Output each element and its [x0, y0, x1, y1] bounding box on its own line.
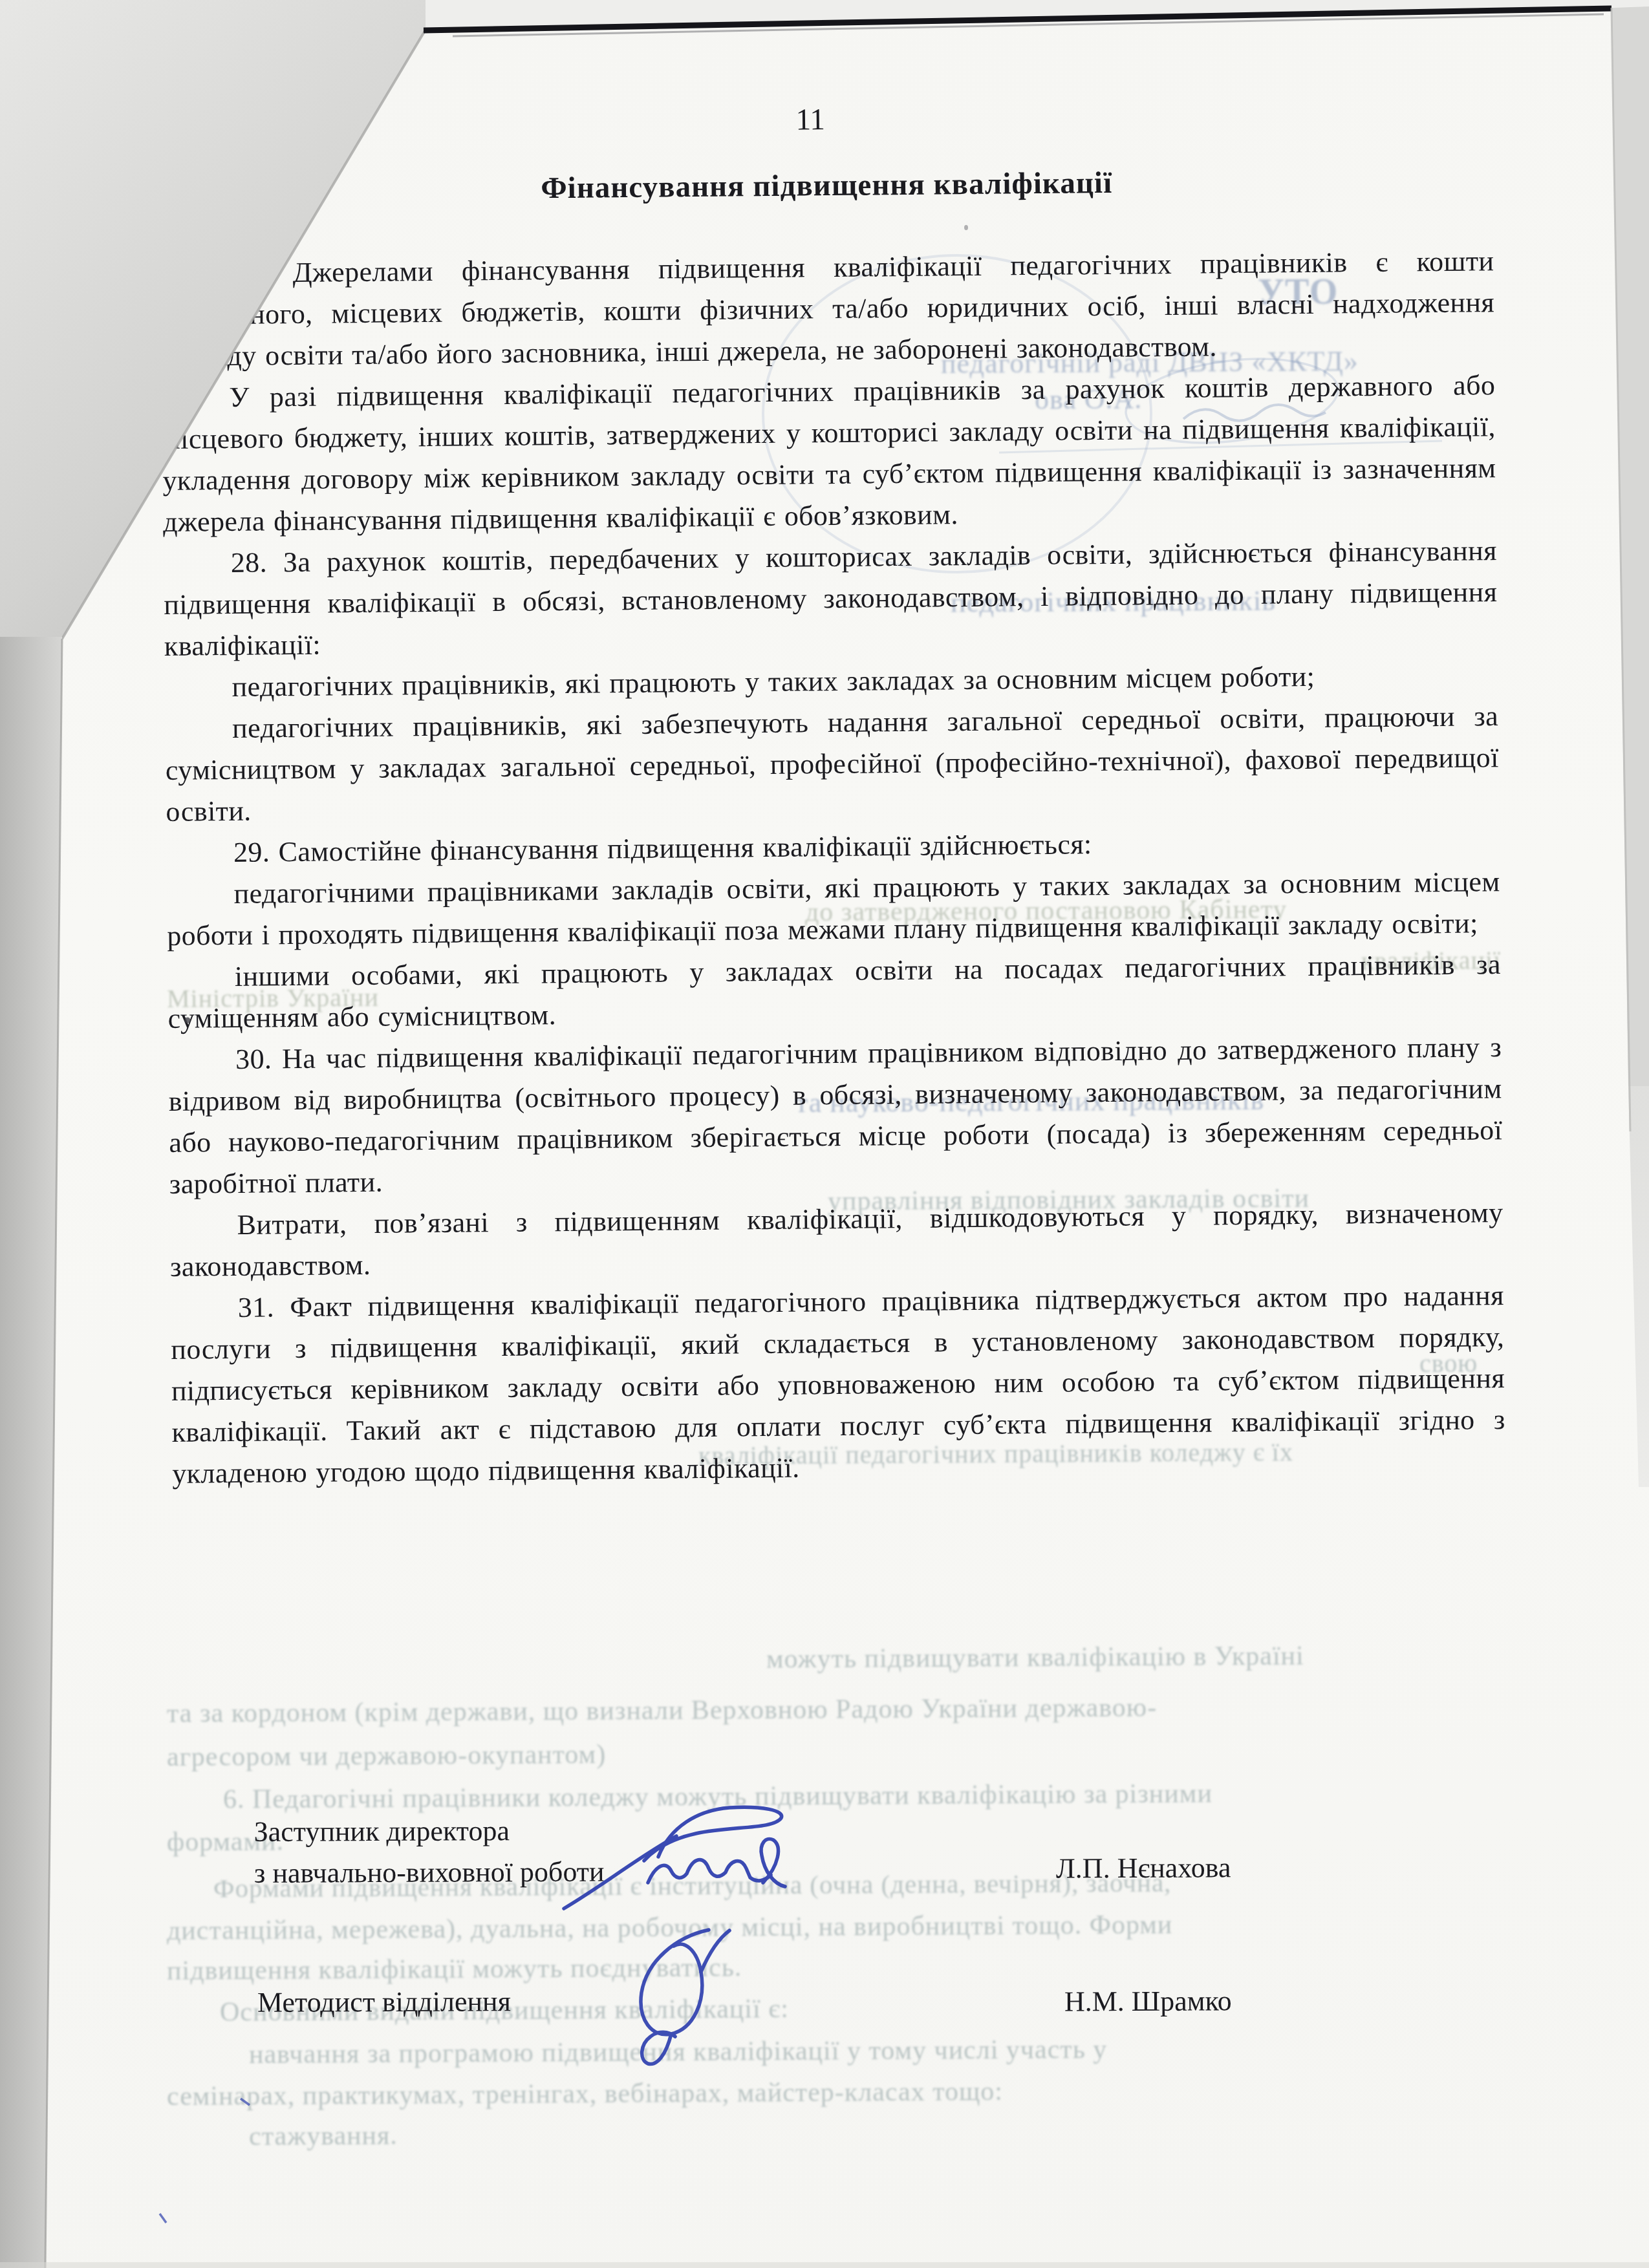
right-scanner-strip — [1611, 6, 1649, 1086]
scan-edge-artifacts — [0, 0, 1649, 2268]
right-scanner-strip-fade — [1628, 1086, 1649, 1487]
scanned-page: УТОпедагогічній раді ДВНЗ «ХКТД»ова О.А.… — [0, 0, 1649, 2268]
bottom-scanner-strip — [0, 2262, 1649, 2268]
folded-corner-background — [0, 0, 426, 639]
